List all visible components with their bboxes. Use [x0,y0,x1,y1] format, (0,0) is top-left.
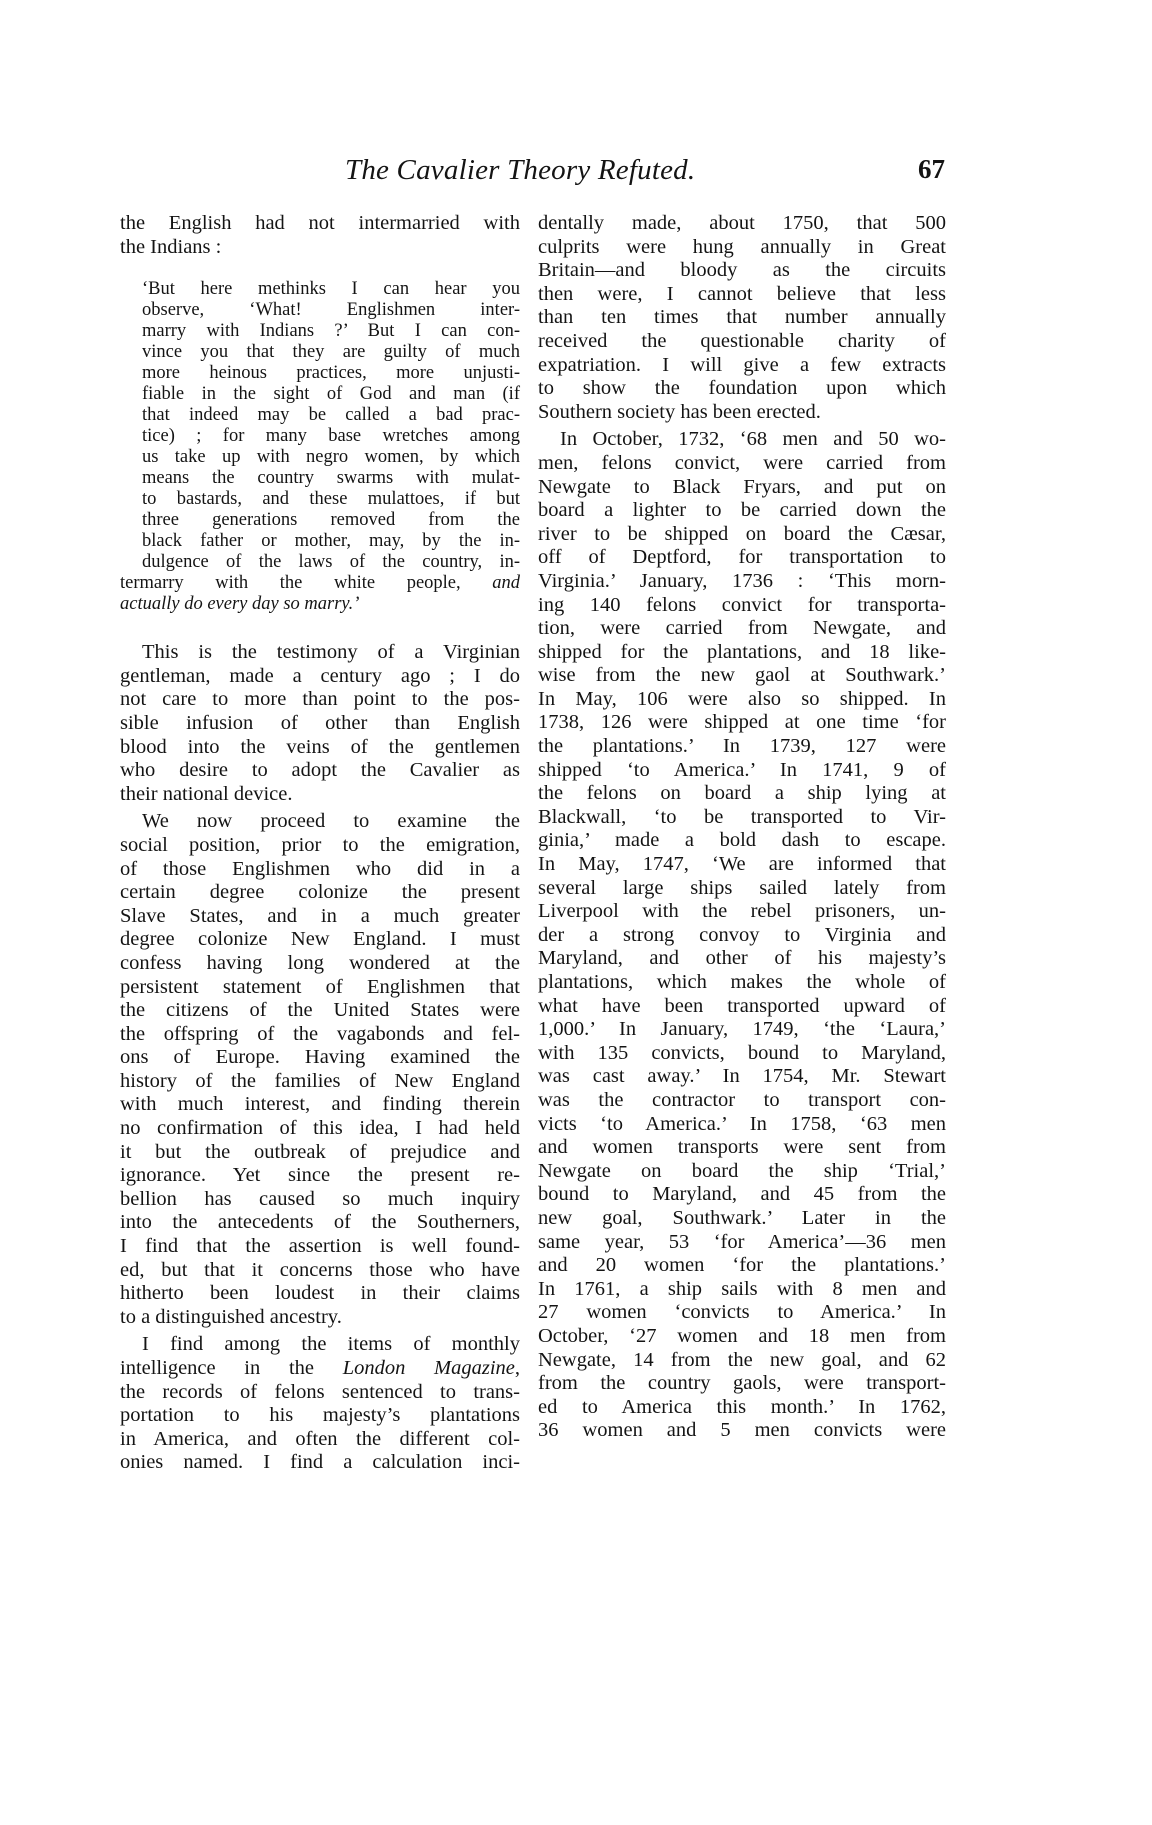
text-line: history of the families of New England [120,1070,520,1094]
running-head: The Cavalier Theory Refuted. 67 [120,150,945,190]
text-line: was cast away.’ In 1754, Mr. Stewart [538,1065,946,1089]
text-line: This is the testimony of a Virginian [120,641,520,665]
text-line: blood into the veins of the gentlemen [120,736,520,760]
text-line: the citizens of the United States were [120,999,520,1023]
text-line: certain degree colonize the present [120,881,520,905]
text-line: from the country gaols, were transport- [538,1372,946,1396]
text-line: confess having long wondered at the [120,952,520,976]
left-column: the English had not intermarried with th… [120,212,520,1475]
text-line: the Indians : [120,236,520,260]
text-line: Virginia.’ January, 1736 : ‘This morn- [538,570,946,594]
text-line: gentleman, made a century ago ; I do [120,665,520,689]
text-line: October, ‘27 women and 18 men from [538,1325,946,1349]
text-line: intelligence in the London Magazine, [120,1357,520,1381]
text-line: social position, prior to the emigration… [120,834,520,858]
book-page: The Cavalier Theory Refuted. 67 the Engl… [0,0,1152,1825]
text-line: dentally made, about 1750, that 500 [538,212,946,236]
quote-italic-text: and [492,573,520,593]
text-line: not care to more than point to the pos- [120,688,520,712]
text-line: portation to his majesty’s plantations [120,1404,520,1428]
text-line: ing 140 felons convict for transporta- [538,594,946,618]
text-line: no confirmation of this idea, I had held [120,1117,520,1141]
text-line: same year, 53 ‘for America’—36 men [538,1231,946,1255]
text-line: than ten times that number annually [538,306,946,330]
text-line: who desire to adopt the Cavalier as [120,759,520,783]
text-line: Maryland, and other of his majesty’s [538,947,946,971]
text-line: and 20 women ‘for the plantations.’ [538,1254,946,1278]
running-title: The Cavalier Theory Refuted. [345,154,695,187]
text-line: expatriation. I will give a few extracts [538,354,946,378]
text-line: 1,000.’ In January, 1749, ‘the ‘Laura,’ [538,1018,946,1042]
paragraph-testimony: This is the testimony of a Virginian gen… [120,641,520,806]
text-line: Newgate to Black Fryars, and put on [538,476,946,500]
text-line: We now proceed to examine the [120,810,520,834]
quote-line: three generations removed from the [120,510,520,531]
text-line: river to be shipped on board the Cæsar, [538,523,946,547]
paragraph-transport-records: In October, 1732, ‘68 men and 50 wo- men… [538,428,946,1443]
text-line: hitherto been loudest in their claims [120,1282,520,1306]
text-line: was the contractor to transport con- [538,1089,946,1113]
quote-line: observe, ‘What! Englishmen inter- [120,300,520,321]
text-line: their national device. [120,783,520,807]
quote-line: tice) ; for many base wretches among [120,426,520,447]
text-line: the English had not intermarried with [120,212,520,236]
text-line: Newgate on board the ship ‘Trial,’ [538,1160,946,1184]
text-line: Southern society has been erected. [538,401,946,425]
text-line: onies named. I find a calculation inci- [120,1451,520,1475]
text-line: several large ships sailed lately from [538,877,946,901]
text-line: board a lighter to be carried down the [538,499,946,523]
text-line: 36 women and 5 men convicts were [538,1419,946,1443]
quote-line: vince you that they are guilty of much [120,342,520,363]
text-line: victs ‘to America.’ In 1758, ‘63 men [538,1113,946,1137]
text-line: Blackwall, ‘to be transported to Vir- [538,806,946,830]
quote-line: dulgence of the laws of the country, in- [120,552,520,573]
text-line: into the antecedents of the Southerners, [120,1211,520,1235]
paragraph-london-magazine: I find among the items of monthly intell… [120,1333,520,1475]
text-line: in America, and often the different col- [120,1428,520,1452]
text-line: ed, but that it concerns those who have [120,1259,520,1283]
page-number: 67 [918,154,945,185]
text-line: the plantations.’ In 1739, 127 were [538,735,946,759]
text-line: received the questionable charity of [538,330,946,354]
quote-line: black father or mother, may, by the in- [120,531,520,552]
text-line: bellion has caused so much inquiry [120,1188,520,1212]
text-line: what have been transported upward of [538,995,946,1019]
text-line: ons of Europe. Having examined the [120,1046,520,1070]
text-line: new goal, Southwark.’ Later in the [538,1207,946,1231]
text-line: ignorance. Yet since the present re- [120,1164,520,1188]
text-fragment: , [515,1357,520,1379]
text-line: bound to Maryland, and 45 from the [538,1183,946,1207]
text-line: In October, 1732, ‘68 men and 50 wo- [538,428,946,452]
block-quote: ‘But here methinks I can hear you observ… [120,279,520,615]
text-line: it but the outbreak of prejudice and [120,1141,520,1165]
text-line: der a strong convoy to Virginia and [538,924,946,948]
text-line: Britain—and bloody as the circuits [538,259,946,283]
text-line: In 1761, a ship sails with 8 men and [538,1278,946,1302]
quote-line: us take up with negro women, by which [120,447,520,468]
quote-line: termarry with the white people, and [120,573,520,594]
quote-line: that indeed may be called a bad prac- [120,405,520,426]
quote-line: fiable in the sight of God and man (if [120,384,520,405]
text-fragment: intelligence in the [120,1357,314,1379]
text-line: and women transports were sent from [538,1136,946,1160]
text-line: I find that the assertion is well found- [120,1235,520,1259]
text-line: then were, I cannot believe that less [538,283,946,307]
text-line: the offspring of the vagabonds and fel- [120,1023,520,1047]
text-line: with 135 convicts, bound to Maryland, [538,1042,946,1066]
quote-line-text: termarry with the white people, [120,573,461,593]
quote-line: means the country swarms with mulat- [120,468,520,489]
text-line: I find among the items of monthly [120,1333,520,1357]
right-column: dentally made, about 1750, that 500 culp… [538,212,946,1443]
text-line: Liverpool with the rebel prisoners, un- [538,900,946,924]
publication-title: London Magazine [343,1357,515,1379]
text-line: persistent statement of Englishmen that [120,976,520,1000]
text-line: of those Englishmen who did in a [120,858,520,882]
text-line: to a distinguished ancestry. [120,1306,520,1330]
text-line: sible infusion of other than English [120,712,520,736]
text-line: shipped ‘to America.’ In 1741, 9 of [538,759,946,783]
text-line: 1738, 126 were shipped at one time ‘for [538,711,946,735]
text-line: In May, 1747, ‘We are informed that [538,853,946,877]
text-line: culprits were hung annually in Great [538,236,946,260]
text-line: with much interest, and finding therein [120,1093,520,1117]
quote-line-italic: actually do every day so marry.’ [120,594,520,615]
text-line: shipped for the plantations, and 18 like… [538,641,946,665]
text-line: ed to America this month.’ In 1762, [538,1396,946,1420]
text-line: Newgate, 14 from the new goal, and 62 [538,1349,946,1373]
text-line: ginia,’ made a bold dash to escape. [538,829,946,853]
text-line: Slave States, and in a much greater [120,905,520,929]
text-line: the felons on board a ship lying at [538,782,946,806]
quote-line: marry with Indians ?’ But I can con- [120,321,520,342]
quote-line: to bastards, and these mulattoes, if but [120,489,520,510]
text-line: men, felons convict, were carried from [538,452,946,476]
paragraph-continuation: dentally made, about 1750, that 500 culp… [538,212,946,424]
text-line: degree colonize New England. I must [120,928,520,952]
paragraph-proceed: We now proceed to examine the social pos… [120,810,520,1329]
text-line: plantations, which makes the whole of [538,971,946,995]
quote-line: ‘But here methinks I can hear you [120,279,520,300]
text-line: the records of felons sentenced to trans… [120,1381,520,1405]
opening-paragraph-continuation: the English had not intermarried with th… [120,212,520,259]
text-line: 27 women ‘convicts to America.’ In [538,1301,946,1325]
quote-line: more heinous practices, more unjusti- [120,363,520,384]
text-line: In May, 106 were also so shipped. In [538,688,946,712]
text-line: wise from the new gaol at Southwark.’ [538,664,946,688]
text-line: tion, were carried from Newgate, and [538,617,946,641]
text-line: to show the foundation upon which [538,377,946,401]
text-line: off of Deptford, for transportation to [538,546,946,570]
